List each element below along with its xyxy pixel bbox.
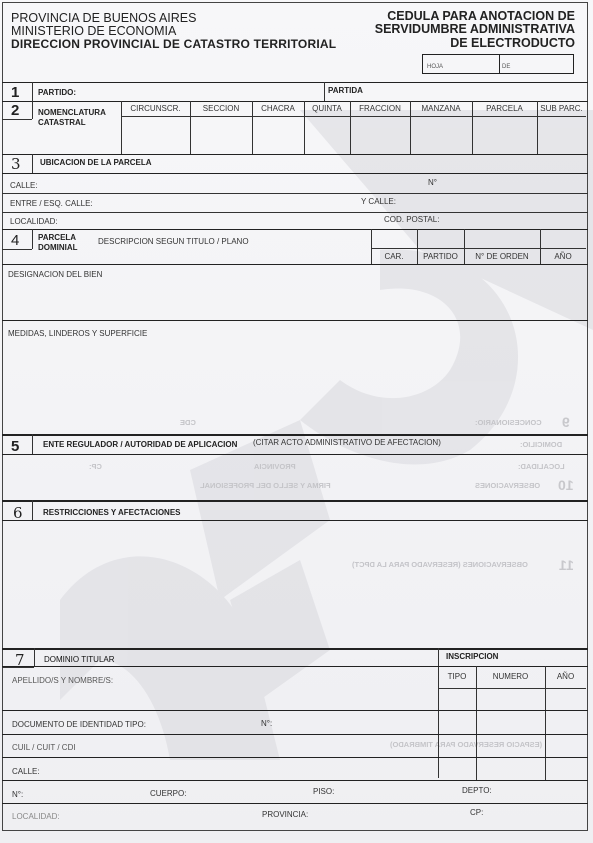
nomenclatura-input-sub-parc[interactable] — [538, 118, 585, 153]
titular-calle-label: CALLE: — [12, 767, 40, 776]
inscripcion-label: INSCRIPCION — [446, 652, 498, 661]
calle-field[interactable] — [42, 175, 422, 192]
documento-label: DOCUMENTO DE IDENTIDAD TIPO: — [12, 720, 146, 729]
dominial-input-4[interactable] — [541, 230, 585, 247]
titular-provincia-field[interactable] — [312, 806, 462, 824]
titular-numero-field[interactable] — [28, 783, 143, 801]
dominial-col-header: CAR. — [371, 252, 417, 261]
nomenclatura-col-header: FRACCION — [350, 104, 410, 113]
designacion-field[interactable] — [4, 282, 584, 318]
dominial-col-header: PARTIDO — [417, 252, 464, 261]
entre-calle-field[interactable] — [100, 195, 355, 212]
apellidos-field[interactable] — [12, 688, 434, 708]
inscripcion-col-header: TIPO — [438, 672, 476, 681]
titular-localidad-label: LOCALIDAD: — [12, 812, 60, 821]
nomenclatura-col-header: CIRCUNSCR. — [121, 104, 190, 113]
titular-calle-field[interactable] — [45, 760, 433, 778]
cuil-field[interactable] — [85, 737, 433, 755]
restricciones-field[interactable] — [4, 522, 584, 646]
ghost-s9-number: 9 — [562, 414, 570, 430]
localidad-field[interactable] — [62, 214, 377, 229]
form-title-line2: SERVIDUMBRE ADMINISTRATIVA — [375, 22, 575, 36]
documento-numero-label: N°: — [261, 719, 272, 728]
partida-label: PARTIDA — [328, 86, 363, 95]
inscripcion-cell-ano[interactable] — [546, 735, 585, 756]
designacion-label: DESIGNACION DEL BIEN — [8, 270, 102, 279]
cod-postal-field[interactable] — [445, 214, 580, 229]
depto-field[interactable] — [495, 783, 583, 801]
nomenclatura-title-line1: NOMENCLATURA — [38, 108, 106, 117]
header-ministry: MINISTERIO DE ECONOMIA — [11, 24, 176, 38]
cuerpo-field[interactable] — [190, 783, 305, 801]
entre-calle-label: ENTRE / ESQ. CALLE: — [10, 199, 93, 208]
cuerpo-label: CUERPO: — [150, 789, 186, 798]
calle-label: CALLE: — [10, 181, 38, 190]
hoja-label: HOJA — [427, 64, 443, 70]
nomenclatura-col-header: QUINTA — [304, 104, 350, 113]
inscripcion-col-header: NUMERO — [476, 672, 545, 681]
header-direction: DIRECCION PROVINCIAL DE CATASTRO TERRITO… — [11, 37, 336, 51]
piso-label: PISO: — [313, 787, 334, 796]
form-title-line3: DE ELECTRODUCTO — [450, 36, 575, 50]
nomenclatura-col-header: PARCELA — [472, 104, 537, 113]
titular-provincia-label: PROVINCIA: — [262, 810, 308, 819]
nomenclatura-col-header: SUB PARC. — [537, 104, 586, 113]
ente-regulador-note: (CITAR ACTO ADMINISTRATIVO DE AFECTACION… — [253, 438, 441, 447]
parcela-dominial-title-line2: DOMINIAL — [38, 243, 78, 252]
inscripcion-cell-ano[interactable] — [546, 711, 585, 733]
piso-field[interactable] — [338, 783, 458, 801]
nomenclatura-input-fraccion[interactable] — [351, 118, 409, 153]
ente-regulador-field[interactable] — [4, 456, 584, 498]
nomenclatura-col-header: MANZANA — [410, 104, 472, 113]
titular-numero-label: N°: — [12, 790, 23, 799]
localidad-label: LOCALIDAD: — [10, 217, 58, 226]
nomenclatura-input-chacra[interactable] — [253, 118, 303, 153]
dominial-col-header: N° DE ORDEN — [464, 252, 540, 261]
inscripcion-cell-ano[interactable] — [546, 689, 585, 709]
inscripcion-cell-numero[interactable] — [477, 758, 544, 779]
dominial-col-header: AÑO — [540, 252, 586, 261]
section-4-number: 4 — [11, 232, 19, 249]
titular-cp-label: CP: — [470, 808, 483, 817]
nomenclatura-input-quinta[interactable] — [305, 118, 349, 153]
documento-tipo-field[interactable] — [160, 713, 255, 731]
ghost-domicilio: DOMICILIO: — [520, 440, 562, 449]
header-province: PROVINCIA DE BUENOS AIRES — [11, 11, 196, 25]
inscripcion-col-header: AÑO — [545, 672, 586, 681]
nomenclatura-title-line2: CATASTRAL — [38, 118, 86, 127]
partida-field[interactable] — [368, 84, 583, 101]
nomenclatura-input-manzana[interactable] — [411, 118, 471, 153]
form-title-line1: CEDULA PARA ANOTACION DE — [387, 9, 575, 23]
partido-label: PARTIDO: — [38, 88, 76, 97]
dominial-input-3[interactable] — [465, 230, 539, 247]
apellidos-label: APELLIDO/S Y NOMBRE/S: — [12, 676, 113, 685]
form-page: PROVINCIA DE BUENOS AIRES MINISTERIO DE … — [0, 0, 593, 843]
section-3-number: 3 — [11, 155, 21, 173]
nomenclatura-input-circunscr[interactable] — [122, 118, 189, 153]
section-1-number: 1 — [11, 84, 19, 101]
titular-cp-field[interactable] — [488, 806, 583, 824]
section-2-number: 2 — [11, 102, 19, 119]
nomenclatura-input-parcela[interactable] — [473, 118, 536, 153]
ghost-concesionario: CONCESIONARIO: — [475, 418, 542, 427]
nomenclatura-col-header: CHACRA — [252, 104, 304, 113]
section-5-number: 5 — [11, 438, 19, 455]
numero-field[interactable] — [440, 175, 580, 192]
ente-regulador-title: ENTE REGULADOR / AUTORIDAD DE APLICACION — [43, 440, 237, 449]
inscripcion-cell-ano[interactable] — [546, 758, 585, 779]
inscripcion-cell-numero[interactable] — [477, 735, 544, 756]
inscripcion-cell-numero[interactable] — [477, 711, 544, 733]
descripcion-subtitle: DESCRIPCION SEGUN TITULO / PLANO — [98, 237, 249, 246]
medidas-label: MEDIDAS, LINDEROS Y SUPERFICIE — [8, 329, 147, 338]
de-label: DE — [502, 64, 510, 70]
inscripcion-cell-tipo[interactable] — [439, 711, 475, 733]
ubicacion-title: UBICACION DE LA PARCELA — [40, 158, 152, 167]
partido-field[interactable] — [75, 84, 320, 101]
documento-numero-field[interactable] — [278, 713, 433, 731]
ghost-cde: CDE — [180, 418, 196, 427]
nomenclatura-input-seccion[interactable] — [191, 118, 251, 153]
y-calle-field[interactable] — [400, 195, 580, 212]
titular-localidad-field[interactable] — [68, 806, 258, 824]
dominial-input-1[interactable] — [372, 230, 416, 247]
cuil-label: CUIL / CUIT / CDI — [12, 743, 76, 752]
depto-label: DEPTO: — [462, 786, 492, 795]
parcela-dominial-title-line1: PARCELA — [38, 233, 76, 242]
y-calle-label: Y CALLE: — [361, 197, 396, 206]
dominio-titular-title: DOMINIO TITULAR — [44, 655, 115, 664]
inscripcion-cell-numero[interactable] — [477, 689, 544, 709]
dominial-input-2[interactable] — [418, 230, 463, 247]
cod-postal-label: COD. POSTAL: — [384, 215, 439, 224]
restricciones-title: RESTRICCIONES Y AFECTACIONES — [43, 508, 181, 517]
inscripcion-cell-tipo[interactable] — [439, 735, 475, 756]
inscripcion-cell-tipo[interactable] — [439, 689, 475, 709]
inscripcion-cell-tipo[interactable] — [439, 758, 475, 779]
numero-label: N° — [428, 178, 437, 187]
nomenclatura-col-header: SECCION — [190, 104, 252, 113]
